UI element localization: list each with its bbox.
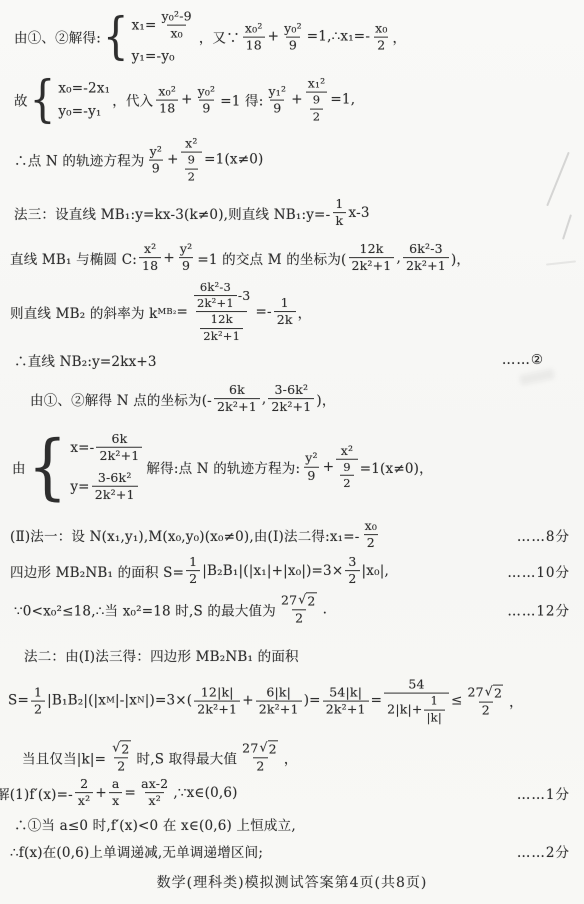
frac-denominator: x² bbox=[75, 793, 93, 809]
solution-line-9: 由 { x=- 6k 2k²+1 y= 3-6k² 2k²+1 解得:点 N 的… bbox=[12, 432, 578, 503]
math-text: + bbox=[323, 459, 335, 475]
math-text: = bbox=[176, 304, 188, 320]
math-text: , bbox=[262, 391, 267, 407]
frac-numerator: 6k²-3 bbox=[197, 281, 234, 295]
fraction: x₁² 9 2 bbox=[305, 77, 329, 124]
nested-fraction: 6k²-3 2k²+1 bbox=[194, 281, 237, 310]
equation-system: x=- 6k 2k²+1 y= 3-6k² 2k²+1 bbox=[70, 432, 144, 503]
frac-denominator: |k| bbox=[424, 709, 445, 724]
frac-numerator: 3-6k² bbox=[95, 471, 135, 486]
math-text: y₀=-y₁ bbox=[58, 104, 101, 120]
math-text: + bbox=[163, 250, 175, 266]
big-fraction: 54 2|k|+ 1 |k| bbox=[384, 678, 449, 725]
math-text: + bbox=[95, 785, 107, 801]
frac-numerator: x² bbox=[182, 137, 200, 152]
math-text: + bbox=[242, 693, 254, 709]
math-text: 法二：由(Ⅰ)法三得：四边形 MB₂NB₁ 的面积 bbox=[24, 645, 299, 665]
math-text: ∴①当 a≤0 时,f′(x)<0 在 x∈(0,6) 上恒成立, bbox=[14, 814, 296, 834]
fraction: 6k 2k²+1 bbox=[96, 432, 142, 464]
fraction: x₀ 2 bbox=[372, 21, 390, 53]
math-text: ∴点 N 的轨迹方程为 bbox=[14, 150, 145, 170]
fraction: 1 2 bbox=[31, 685, 45, 717]
math-text: 法三：设直线 MB₁:y=kx-3(k≠0),则直线 NB₁:y=- bbox=[14, 203, 330, 223]
radicand: 2 bbox=[268, 740, 278, 756]
fraction: x₀ 2 bbox=[362, 519, 380, 551]
math-text: x=- bbox=[70, 440, 94, 456]
math-text: (Ⅱ)法一：设 N(x₁,y₁),M(x₀,y₀)(x₀≠0),由(Ⅰ)法二得:… bbox=[10, 525, 360, 545]
math-text: 由①、②解得 N 点的坐标为(- bbox=[30, 389, 212, 409]
frac-denominator: 9 2 bbox=[306, 92, 328, 123]
frac-numerator: 9 bbox=[310, 94, 324, 108]
math-text: ∴直线 NB₂:y=2kx+3 bbox=[14, 350, 157, 370]
math-text: ， bbox=[393, 27, 407, 47]
frac-denominator: 2k²+1 bbox=[268, 399, 314, 415]
case-row: y₁=-y₀ bbox=[132, 48, 175, 64]
fraction: y₁² 9 bbox=[266, 84, 290, 116]
math-text: ,∵x∈(0,6) bbox=[173, 785, 237, 801]
case-row: y= 3-6k² 2k²+1 bbox=[70, 471, 139, 503]
math-text: , bbox=[396, 250, 401, 266]
math-text: 27 bbox=[281, 593, 297, 607]
frac-numerator: 9 bbox=[340, 461, 354, 475]
math-text: 由①、②解得: bbox=[14, 27, 101, 47]
math-text: y= bbox=[70, 478, 89, 494]
math-text: ∵0<x₀²≤18,∴当 x₀²=18 时,S 的最大值为 bbox=[14, 599, 276, 619]
frac-denominator: 2k²+1 bbox=[92, 486, 138, 502]
frac-numerator: x₁² bbox=[305, 77, 329, 92]
solution-line-1: 由①、②解得: { x₁= y₀²-9 x₀ y₁=-y₀ ，又∵ x₀² 18… bbox=[14, 10, 578, 65]
fraction: ax-2 x² bbox=[138, 777, 171, 809]
math-text: )， bbox=[451, 248, 470, 268]
math-text: 27 bbox=[467, 685, 483, 699]
frac-numerator: √ 2 bbox=[108, 740, 134, 757]
math-text: |)=3×( bbox=[145, 693, 193, 709]
fraction: 1 2 bbox=[186, 555, 200, 587]
frac-denominator: 2k bbox=[274, 312, 296, 328]
frac-numerator: 54 bbox=[405, 678, 427, 693]
frac-denominator: 2 bbox=[310, 108, 324, 123]
frac-denominator: x² bbox=[145, 793, 163, 809]
math-text: =1(x≠0) bbox=[204, 152, 263, 168]
solution-line-15: 当且仅当|k|= √ 2 2 时,S 取得最大值 27 √ 2 2 ， bbox=[22, 740, 578, 773]
nested-fraction: 12k 2k²+1 bbox=[200, 314, 243, 343]
nested-fraction: 9 2 bbox=[340, 461, 354, 490]
fraction: y² 9 bbox=[302, 451, 320, 483]
math-text: ≤ bbox=[451, 693, 463, 709]
big-fraction: 6k²-3 2k²+1 -3 12k 2k²+1 bbox=[190, 281, 253, 343]
solution-line-14: S= 1 2 |B₁B₂|(|xM |-|xN |)=3×( 12|k| 2k²… bbox=[8, 678, 578, 725]
frac-denominator: 2 bbox=[364, 535, 378, 551]
math-text: + bbox=[181, 92, 193, 108]
frac-denominator: 2k²+1 bbox=[323, 701, 369, 717]
math-text: S= bbox=[8, 693, 29, 709]
solution-line-18: ∴f(x)在(0,6)上单调递减,无单调递增区间; ……2分 bbox=[10, 841, 578, 861]
radical-sign: √ bbox=[112, 740, 120, 756]
math-text: )= bbox=[304, 693, 321, 709]
math-text: = bbox=[371, 693, 383, 709]
frac-numerator: 12k bbox=[208, 314, 236, 328]
frac-denominator: 2k²+1 bbox=[214, 399, 260, 415]
radicand: 2 bbox=[120, 740, 130, 756]
case-row: x₀=-2x₁ bbox=[58, 81, 110, 97]
radical-sign: √ bbox=[259, 740, 267, 756]
nested-fraction: 9 2 bbox=[310, 94, 324, 123]
frac-numerator: x² bbox=[141, 242, 159, 257]
radical-sign: √ bbox=[485, 684, 493, 700]
math-text: 解(1)f′(x)=- bbox=[0, 783, 73, 803]
solution-line-7: ∴直线 NB₂:y=2kx+3 ……② bbox=[14, 350, 578, 370]
fraction: 27 √ 2 2 bbox=[239, 740, 282, 773]
score-marker: ……8分 bbox=[517, 525, 570, 545]
math-text: 则直线 MB₂ 的斜率为 k bbox=[10, 302, 158, 322]
frac-numerator: a bbox=[109, 777, 123, 792]
subscript: MB₂ bbox=[158, 308, 177, 317]
fraction: 3 2 bbox=[345, 555, 359, 587]
math-text: . bbox=[323, 601, 328, 617]
frac-denominator: 2k²+1 bbox=[194, 295, 237, 310]
frac-numerator: 12|k| bbox=[198, 685, 237, 700]
frac-denominator: 2k²+1 bbox=[349, 258, 395, 274]
frac-denominator: 2|k|+ 1 |k| bbox=[384, 693, 449, 724]
frac-numerator: 1 bbox=[31, 685, 45, 700]
equation-system: x₁= y₀²-9 x₀ y₁=-y₀ bbox=[132, 10, 197, 65]
frac-denominator: 2k²+1 bbox=[403, 258, 449, 274]
equation-system: x₀=-2x₁ y₀=-y₁ bbox=[58, 81, 110, 120]
frac-denominator: 2 bbox=[114, 757, 128, 773]
fraction: 2 x² bbox=[75, 777, 93, 809]
nested-fraction: 1 |k| bbox=[424, 695, 445, 724]
solution-line-10: (Ⅱ)法一：设 N(x₁,y₁),M(x₀,y₀)(x₀≠0),由(Ⅰ)法二得:… bbox=[10, 519, 578, 551]
sqrt: √ 2 bbox=[112, 740, 130, 756]
frac-denominator: 9 2 bbox=[181, 152, 203, 183]
frac-denominator: 2 bbox=[292, 609, 306, 625]
math-text: -3 bbox=[238, 289, 251, 303]
fraction: √ 2 2 bbox=[108, 740, 134, 773]
frac-numerator: 27 √ 2 bbox=[239, 740, 282, 757]
math-text: ，代入 bbox=[112, 90, 153, 110]
frac-numerator: x₀² bbox=[242, 21, 266, 36]
frac-numerator: y₁² bbox=[266, 84, 290, 99]
frac-denominator: 9 2 bbox=[336, 459, 358, 490]
left-brace: { bbox=[30, 78, 56, 123]
frac-denominator: x bbox=[109, 793, 122, 809]
solution-line-2: 故 { x₀=-2x₁ y₀=-y₁ ，代入 x₀² 18 + y₀² 9 =1… bbox=[14, 77, 578, 124]
frac-numerator: ax-2 bbox=[138, 777, 171, 792]
frac-denominator: 2k²+1 bbox=[200, 328, 243, 343]
frac-numerator: 27 √ 2 bbox=[464, 684, 507, 701]
math-text: + bbox=[291, 92, 303, 108]
fraction: y₀²-9 x₀ bbox=[159, 10, 195, 42]
math-text: + bbox=[268, 29, 280, 45]
fraction: 6k 2k²+1 bbox=[214, 383, 260, 415]
math-text: 时,S 取得最大值 bbox=[137, 747, 238, 767]
score-marker: ……2分 bbox=[517, 841, 570, 861]
frac-numerator: x₀ bbox=[372, 21, 390, 36]
fraction: 1 k bbox=[332, 197, 346, 229]
nested-fraction: 9 2 bbox=[185, 154, 199, 183]
math-text: y₁=-y₀ bbox=[132, 48, 175, 64]
fraction: 54|k| 2k²+1 bbox=[323, 685, 369, 717]
solution-line-5: 直线 MB₁ 与椭圆 C: x² 18 + y² 9 =1 的交点 M 的坐标为… bbox=[10, 242, 578, 274]
solution-line-3: ∴点 N 的轨迹方程为 y² 9 + x² 9 2 =1(x≠0) bbox=[14, 137, 578, 184]
frac-numerator: y² bbox=[147, 144, 165, 159]
solution-line-11: 四边形 MB₂NB₁ 的面积 S= 1 2 |B₂B₁|(|x₁|+|x₀|)=… bbox=[10, 555, 578, 587]
math-text: = bbox=[125, 785, 137, 801]
frac-denominator: 2 bbox=[186, 571, 200, 587]
sqrt: √ 2 bbox=[298, 592, 316, 608]
frac-numerator: 1 bbox=[428, 695, 442, 709]
fraction: y² 9 bbox=[177, 242, 195, 274]
fraction: 27 √ 2 2 bbox=[278, 592, 321, 625]
frac-denominator: 2k²+1 bbox=[96, 447, 142, 463]
math-text: 27 bbox=[242, 741, 258, 755]
math-text: 由 bbox=[12, 457, 26, 477]
frac-denominator: 2 bbox=[345, 571, 359, 587]
frac-numerator: 2 bbox=[77, 777, 91, 792]
frac-numerator: 27 √ 2 bbox=[278, 592, 321, 609]
frac-numerator: y₀² bbox=[195, 84, 219, 99]
solution-line-12: ∵0<x₀²≤18,∴当 x₀²=18 时,S 的最大值为 27 √ 2 2 .… bbox=[14, 592, 578, 625]
frac-denominator: 2 bbox=[479, 701, 493, 717]
math-text: =1(x≠0)， bbox=[360, 457, 433, 477]
frac-denominator: 2 bbox=[340, 475, 354, 490]
math-text: 当且仅当|k|= bbox=[22, 747, 106, 767]
math-text: x₀=-2x₁ bbox=[58, 81, 110, 97]
solution-line-17: ∴①当 a≤0 时,f′(x)<0 在 x∈(0,6) 上恒成立, bbox=[14, 814, 578, 834]
fraction: y₀² 9 bbox=[195, 84, 219, 116]
subscript: N bbox=[137, 697, 145, 706]
score-marker: ……12分 bbox=[507, 599, 570, 619]
fraction: 12k 2k²+1 bbox=[349, 242, 395, 274]
math-text: |B₁B₂|(|x bbox=[47, 693, 106, 709]
frac-denominator: 2 bbox=[374, 37, 388, 53]
frac-numerator: y² bbox=[302, 451, 320, 466]
math-text: 2|k|+ bbox=[387, 703, 422, 717]
frac-denominator: k bbox=[333, 213, 347, 229]
frac-denominator: 9 bbox=[149, 160, 163, 176]
math-text: 四边形 MB₂NB₁ 的面积 S= bbox=[10, 561, 184, 581]
math-text: 解得:点 N 的轨迹方程为: bbox=[146, 457, 300, 477]
frac-numerator: x₀ bbox=[362, 519, 380, 534]
frac-numerator: 3 bbox=[345, 555, 359, 570]
radicand: 2 bbox=[493, 684, 503, 700]
math-text: ，又∵ bbox=[199, 27, 240, 47]
solution-line-4: 法三：设直线 MB₁:y=kx-3(k≠0),则直线 NB₁:y=- 1 k x… bbox=[14, 197, 578, 229]
fraction: y² 9 bbox=[147, 144, 165, 176]
frac-denominator: 2k²+1 bbox=[194, 701, 240, 717]
fraction: x₀² 18 bbox=[155, 84, 179, 116]
frac-numerator: 1 bbox=[186, 555, 200, 570]
frac-denominator: x₀ bbox=[167, 25, 185, 41]
frac-denominator: 2 bbox=[31, 701, 45, 717]
frac-numerator: 12k bbox=[356, 242, 386, 257]
sqrt: √ 2 bbox=[259, 740, 277, 756]
subscript: M bbox=[106, 697, 115, 706]
frac-numerator: 6k bbox=[226, 383, 248, 398]
frac-denominator: 9 bbox=[199, 100, 213, 116]
frac-numerator: 6k²-3 bbox=[406, 242, 446, 257]
frac-numerator: y² bbox=[177, 242, 195, 257]
math-text: =- bbox=[255, 304, 271, 320]
frac-numerator: y₀²-9 bbox=[159, 10, 195, 25]
fraction: 3-6k² 2k²+1 bbox=[92, 471, 138, 503]
math-text: =1,∴x₁=- bbox=[307, 29, 370, 45]
math-text: =1, bbox=[330, 92, 355, 108]
math-text: )， bbox=[316, 389, 335, 409]
fraction: y₀² 9 bbox=[281, 21, 305, 53]
frac-denominator: 2 bbox=[185, 168, 199, 183]
frac-numerator: 3-6k² bbox=[272, 383, 312, 398]
frac-numerator: x₀² bbox=[155, 84, 179, 99]
math-text: |x₀|, bbox=[362, 563, 389, 579]
fraction: x² 9 2 bbox=[336, 444, 358, 491]
sqrt: √ 2 bbox=[485, 684, 503, 700]
frac-numerator: y₀² bbox=[281, 21, 305, 36]
frac-denominator: 9 bbox=[270, 100, 284, 116]
math-text: x-3 bbox=[349, 205, 370, 221]
fraction: 27 √ 2 2 bbox=[464, 684, 507, 717]
frac-numerator: 6|k| bbox=[263, 685, 294, 700]
case-row: x₁= y₀²-9 x₀ bbox=[132, 10, 197, 42]
frac-numerator: 54|k| bbox=[326, 685, 365, 700]
fraction: x² 9 2 bbox=[181, 137, 203, 184]
score-marker: ……② bbox=[502, 352, 544, 368]
radical-sign: √ bbox=[298, 592, 306, 608]
math-text: x₁= bbox=[132, 18, 157, 34]
fraction: 6k²-3 2k²+1 bbox=[403, 242, 449, 274]
case-row: y₀=-y₁ bbox=[58, 104, 101, 120]
math-text: 故 bbox=[14, 90, 28, 110]
fraction: 6|k| 2k²+1 bbox=[256, 685, 302, 717]
frac-denominator: 9 bbox=[286, 37, 300, 53]
math-text: 直线 MB₁ 与椭圆 C: bbox=[10, 248, 137, 268]
frac-denominator: 9 bbox=[304, 467, 318, 483]
left-brace: { bbox=[28, 435, 68, 499]
frac-denominator: 9 bbox=[179, 258, 193, 274]
math-text: =1 得: bbox=[220, 90, 263, 110]
score-marker: ……10分 bbox=[507, 561, 570, 581]
frac-denominator: 12k 2k²+1 bbox=[196, 312, 247, 343]
math-text: ， bbox=[298, 302, 312, 322]
scanned-answer-page: 由①、②解得: { x₁= y₀²-9 x₀ y₁=-y₀ ，又∵ x₀² 18… bbox=[0, 0, 584, 904]
solution-line-16: 解(1)f′(x)=- 2 x² + a x = ax-2 x² ,∵x∈(0,… bbox=[4, 777, 578, 809]
fraction: 12|k| 2k²+1 bbox=[194, 685, 240, 717]
fraction: x² 18 bbox=[139, 242, 161, 274]
math-text: + bbox=[167, 152, 179, 168]
solution-line-8: 由①、②解得 N 点的坐标为(- 6k 2k²+1 , 3-6k² 2k²+1 … bbox=[30, 383, 578, 415]
radicand: 2 bbox=[306, 592, 316, 608]
frac-numerator: 9 bbox=[185, 154, 199, 168]
frac-denominator: 18 bbox=[243, 37, 265, 53]
frac-numerator: 1 bbox=[278, 296, 292, 311]
fraction: 1 2k bbox=[274, 296, 296, 328]
frac-denominator: 2 bbox=[253, 757, 267, 773]
math-text: =1 的交点 M 的坐标为( bbox=[197, 248, 346, 268]
fraction: 3-6k² 2k²+1 bbox=[268, 383, 314, 415]
frac-denominator: 2k²+1 bbox=[256, 701, 302, 717]
fraction: x₀² 18 bbox=[242, 21, 266, 53]
frac-denominator: 18 bbox=[156, 100, 178, 116]
fraction: a x bbox=[109, 777, 123, 809]
math-text: |-|x bbox=[115, 693, 137, 709]
frac-numerator: 1 bbox=[332, 197, 346, 212]
case-row: x=- 6k 2k²+1 bbox=[70, 432, 144, 464]
left-brace: { bbox=[103, 15, 129, 60]
frac-denominator: 18 bbox=[139, 258, 161, 274]
math-text: |B₂B₁|(|x₁|+|x₀|)=3× bbox=[202, 563, 343, 579]
math-text: ∴f(x)在(0,6)上单调递减,无单调递增区间; bbox=[10, 841, 263, 861]
page-footer: 数学(理科类)模拟测试答案第4页(共8页) bbox=[0, 872, 584, 892]
math-text: ， bbox=[509, 691, 523, 711]
frac-numerator: 6k²-3 2k²+1 -3 bbox=[190, 281, 253, 311]
frac-numerator: x² bbox=[338, 444, 356, 459]
score-marker: ……1分 bbox=[517, 783, 570, 803]
solution-line-6: 则直线 MB₂ 的斜率为 kMB₂ = 6k²-3 2k²+1 -3 12k 2… bbox=[10, 281, 578, 343]
math-text: ， bbox=[284, 747, 298, 767]
solution-line-13: 法二：由(Ⅰ)法三得：四边形 MB₂NB₁ 的面积 bbox=[24, 645, 578, 665]
frac-numerator: 6k bbox=[108, 432, 130, 447]
